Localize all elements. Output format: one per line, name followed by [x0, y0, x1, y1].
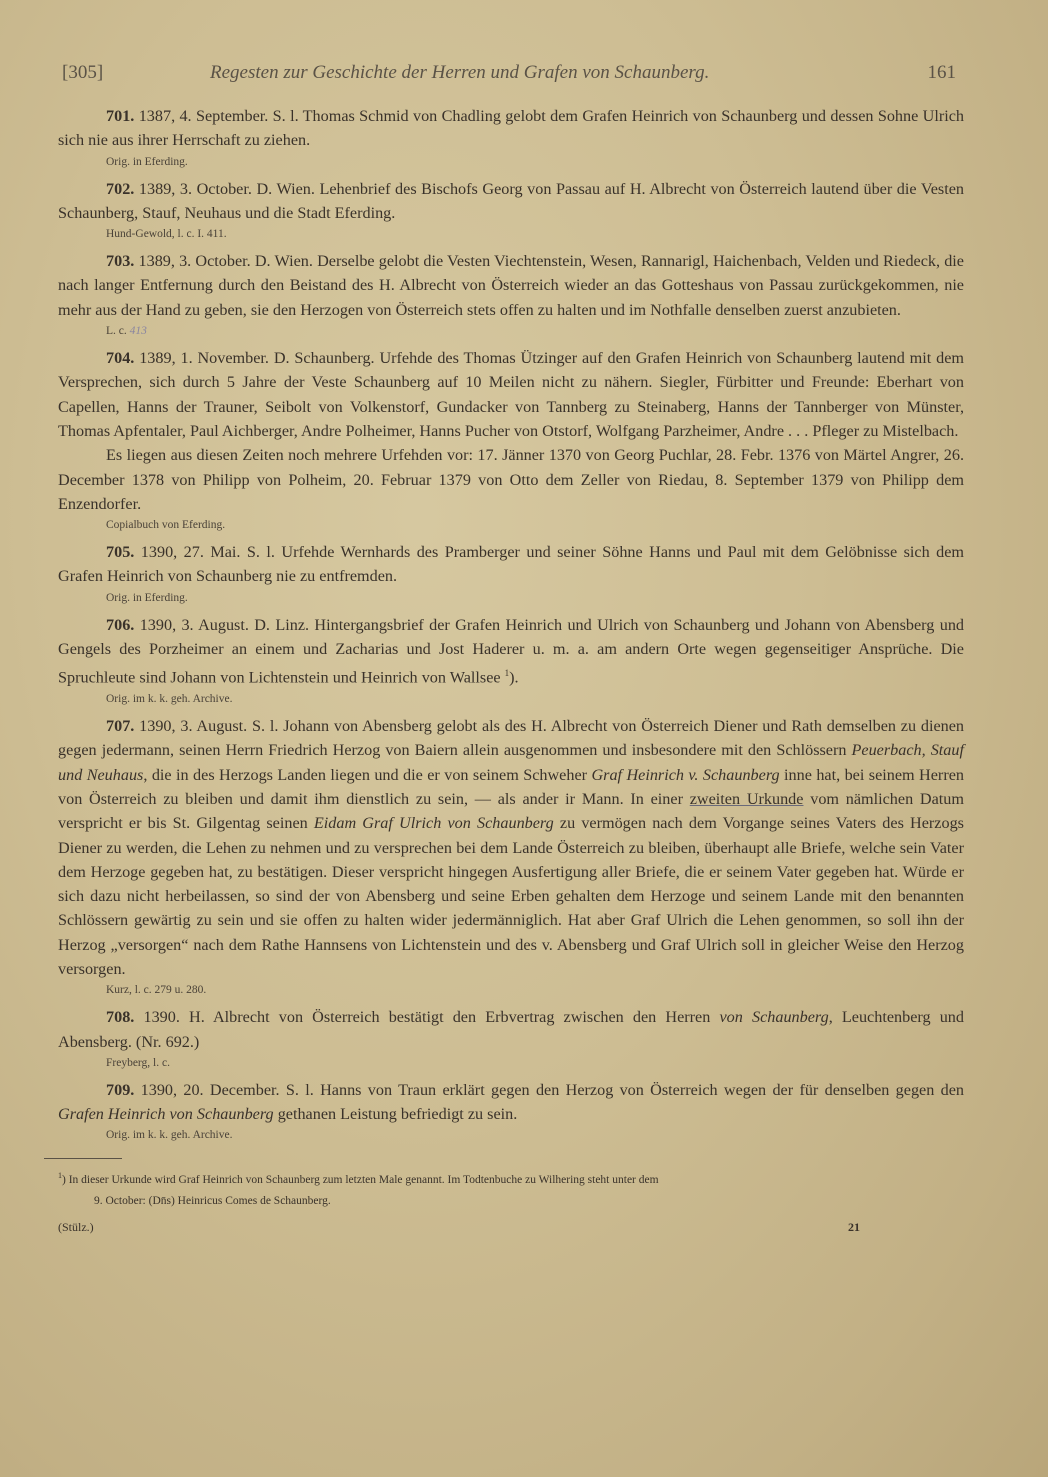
entry-number: 704. [106, 349, 134, 367]
entry-text: 1389, 3. October. D. Wien. Lehenbrief de… [58, 180, 964, 222]
regest-entry-702: 702. 1389, 3. October. D. Wien. Lehenbri… [58, 177, 964, 244]
italic-person-name: Graf Heinrich v. Schaunberg [591, 766, 779, 784]
footnote-line-2: 9. October: (Dn̄s) Heinricus Comes de Sc… [58, 1191, 964, 1212]
regest-entry-709: 709. 1390, 20. December. S. l. Hanns von… [58, 1078, 964, 1145]
author-signature: (Stülz.) [58, 1220, 94, 1235]
entry-source: Orig. in Eferding. [106, 589, 964, 607]
entry-text: 1389, 1. November. D. Schaunberg. Urfehd… [58, 349, 964, 440]
original-page-number: [305] [62, 62, 103, 84]
regest-entry-704: 704. 1389, 1. November. D. Schaunberg. U… [58, 346, 964, 534]
page-number: 161 [928, 62, 957, 84]
entry-source: Orig. in Eferding. [106, 153, 964, 171]
italic-person-name: Grafen Heinrich von Schaunberg [58, 1105, 274, 1123]
footnote-line-1: ) In dieser Urkunde wird Graf Heinrich v… [62, 1174, 659, 1186]
entry-text: gethanen Leistung befriedigt zu sein. [274, 1105, 518, 1123]
entry-text: 1390, 3. August. S. l. Johann von Abensb… [58, 717, 964, 759]
entry-text: , die in des Herzogs Landen liegen und d… [143, 766, 591, 784]
entry-number: 706. [106, 616, 134, 634]
regest-entry-705: 705. 1390, 27. Mai. S. l. Urfehde Wernha… [58, 540, 964, 607]
entry-number: 703. [106, 252, 134, 270]
entry-source: Freyberg, l. c. [106, 1054, 964, 1072]
entry-number: 707. [106, 717, 134, 735]
regest-entry-706: 706. 1390, 3. August. D. Linz. Hintergan… [58, 613, 964, 708]
entry-text-end: ). [509, 669, 518, 687]
footnote: 1) In dieser Urkunde wird Graf Heinrich … [58, 1165, 964, 1212]
regest-entry-701: 701. 1387, 4. September. S. l. Thomas Sc… [58, 104, 964, 171]
footnote-divider [44, 1158, 122, 1159]
entry-additional-paragraph: Es liegen aus diesen Zeiten noch mehrere… [58, 443, 964, 516]
entry-source: Orig. im k. k. geh. Archive. [106, 1126, 964, 1144]
italic-family-name: von Schaunberg [719, 1008, 828, 1026]
entry-number: 705. [106, 543, 134, 561]
page-footer: (Stülz.) 21 [58, 1220, 964, 1244]
italic-person-name: Eidam Graf Ulrich von Schaunberg [314, 814, 554, 832]
entry-number: 701. [106, 107, 134, 125]
source-citation: L. c. [106, 325, 127, 337]
entry-number: 702. [106, 180, 134, 198]
regest-entry-703: 703. 1389, 3. October. D. Wien. Derselbe… [58, 249, 964, 340]
regest-entry-707: 707. 1390, 3. August. S. l. Johann von A… [58, 714, 964, 999]
entry-text: 1390. H. Albrecht von Österreich bestäti… [143, 1008, 719, 1026]
running-title: Regesten zur Geschichte der Herren und G… [210, 62, 709, 84]
entry-text: 1390, 27. Mai. S. l. Urfehde Wernhards d… [58, 543, 964, 585]
entry-source: Orig. im k. k. geh. Archive. [106, 690, 964, 708]
entry-number: 708. [106, 1008, 134, 1026]
entry-text: 1390, 20. December. S. l. Hanns von Trau… [141, 1081, 964, 1099]
entry-source: Copialbuch von Eferding. [106, 516, 964, 534]
entry-text: zu vermögen nach dem Vorgange seines Vat… [58, 814, 964, 978]
sheet-number: 21 [848, 1220, 860, 1235]
entry-text: 1389, 3. October. D. Wien. Derselbe gelo… [58, 252, 964, 319]
underlined-phrase: zweiten Urkunde [690, 790, 804, 808]
entry-source: L. c. 413 [106, 322, 964, 340]
entry-source: Hund-Gewold, l. c. I. 411. [106, 225, 964, 243]
entry-text: 1387, 4. September. S. l. Thomas Schmid … [58, 107, 964, 149]
entry-number: 709. [106, 1081, 134, 1099]
running-header: [305] Regesten zur Geschichte der Herren… [58, 60, 964, 90]
pencil-annotation: 413 [130, 325, 147, 337]
document-page: [305] Regesten zur Geschichte der Herren… [58, 60, 964, 1244]
entry-source: Kurz, l. c. 279 u. 280. [106, 981, 964, 999]
regest-entry-708: 708. 1390. H. Albrecht von Österreich be… [58, 1005, 964, 1072]
